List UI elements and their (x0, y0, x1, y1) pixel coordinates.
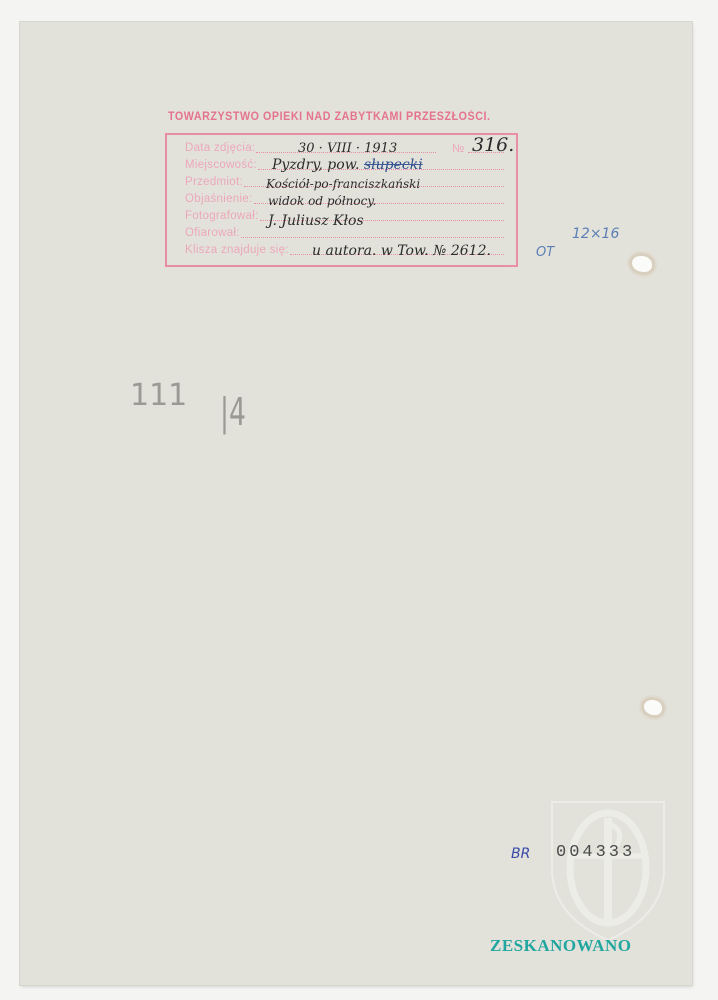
serial-number: 004333 (556, 843, 635, 862)
pencil-number-right: |4 (220, 390, 246, 434)
description-value: widok od północy. (268, 194, 376, 208)
field-label: Data zdjęcia: (185, 142, 255, 155)
plate-location-value: u autora. w Tow. № 2612. (312, 243, 491, 259)
punch-hole (632, 256, 652, 272)
plate-suffix-note: OT (536, 245, 554, 260)
format-note: 12×16 (572, 226, 619, 242)
number-label: № (452, 143, 464, 155)
punch-hole (644, 700, 662, 715)
shield-monogram-icon (548, 798, 668, 943)
photographer-value: J. Juliusz Kłos (268, 213, 364, 229)
stamp-title: TOWARZYSTWO OPIEKI NAD ZABYTKAMI PRZESZŁ… (168, 111, 499, 123)
scanned-stamp: ZESKANOWANO (490, 936, 632, 956)
date-value: 30 · VIII · 1913 (298, 141, 397, 156)
place-value: Pyzdry, pow. słupecki (272, 157, 423, 173)
br-label: BR (511, 846, 530, 862)
pencil-number-left: 111 (130, 378, 187, 413)
number-value: 316. (472, 134, 514, 156)
subject-value: Kościół-po-franciszkański (266, 177, 420, 191)
